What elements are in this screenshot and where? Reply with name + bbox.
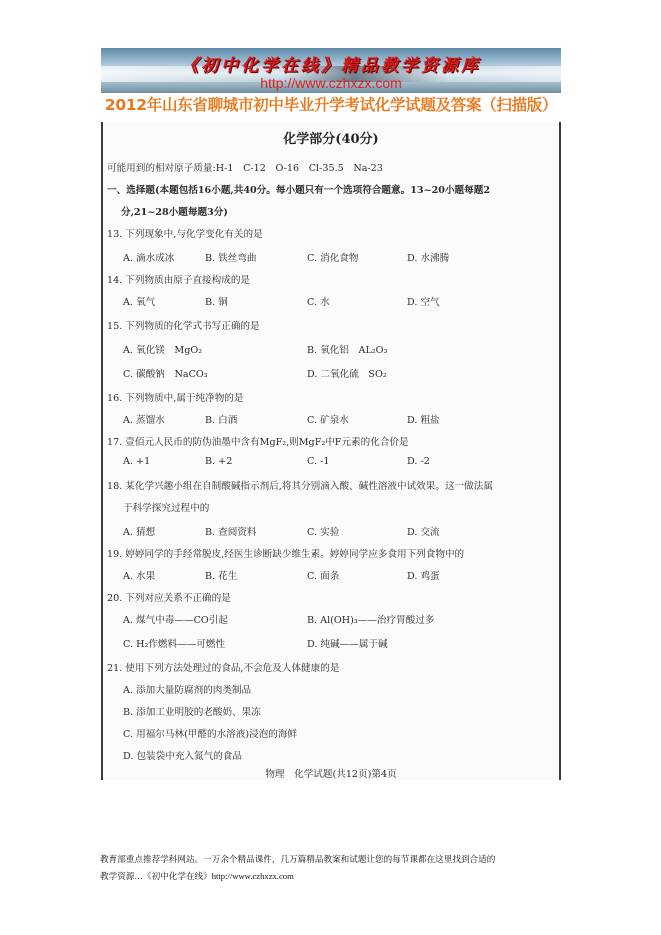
section-title: 化学部分(40分)	[103, 128, 559, 147]
q13-option-c: C. 消化食物	[307, 250, 358, 264]
question-18: 18. 某化学兴趣小组在自制酸碱指示剂后,将其分别滴入酸、碱性溶液中试效果。这一…	[107, 478, 493, 492]
q15-option-b: B. 氧化铝 AL₂O₃	[307, 342, 387, 356]
question-14: 14. 下列物质由原子直接构成的是	[107, 272, 250, 286]
q18-option-c: C. 实验	[307, 524, 339, 538]
q14-option-d: D. 空气	[407, 294, 440, 308]
bottom-note-line-1: 教育部重点推荐学科网站。一万余个精品课件，几万篇精品教案和试题让您的每节课都在这…	[100, 852, 570, 868]
q15-option-a: A. 氧化镁 MgO₂	[123, 342, 202, 356]
q15-option-d: D. 二氧化硫 SO₂	[307, 366, 387, 380]
q21-option-b: B. 添加工业明胶的老酸奶、果冻	[123, 704, 261, 718]
scanned-exam-page: 化学部分(40分) 可能用到的相对原子质量:H-1 C-12 O-16 Cl-3…	[101, 122, 561, 780]
question-15: 15. 下列物质的化学式书写正确的是	[107, 318, 260, 332]
q15-option-c: C. 碳酸钠 NaCO₃	[123, 366, 208, 380]
site-banner: 《初中化学在线》精品教学资源库 http://www.czhxzx.com	[101, 48, 561, 93]
q19-option-d: D. 鸡蛋	[407, 568, 440, 582]
q16-option-b: B. 白酒	[205, 412, 237, 426]
q14-option-a: A. 氧气	[123, 294, 155, 308]
q16-option-d: D. 粗盐	[407, 412, 440, 426]
q17-option-d: D. -2	[407, 456, 430, 467]
bottom-note: 教育部重点推荐学科网站。一万余个精品课件，几万篇精品教案和试题让您的每节课都在这…	[100, 852, 570, 885]
q20-option-c: C. H₂作燃料——可燃性	[123, 636, 225, 650]
q17-option-a: A. +1	[123, 456, 150, 467]
question-20: 20. 下列对应关系不正确的是	[107, 590, 231, 604]
q18-option-a: A. 猜想	[123, 524, 155, 538]
q21-option-a: A. 添加大量防腐剂的肉类制品	[123, 682, 251, 696]
banner-slogan: 《初中化学在线》精品教学资源库	[101, 51, 561, 76]
q17-option-c: C. -1	[307, 456, 329, 467]
atomic-masses: 可能用到的相对原子质量:H-1 C-12 O-16 Cl-35.5 Na-23	[107, 160, 383, 174]
q21-option-c: C. 用福尔马林(甲醛的水溶液)浸泡的海鲜	[123, 726, 297, 740]
q13-option-a: A. 滴水成冰	[123, 250, 174, 264]
q14-option-c: C. 水	[307, 294, 330, 308]
document-title: 2012年山东省聊城市初中毕业升学考试化学试题及答案（扫描版）	[101, 93, 561, 115]
q17-option-b: B. +2	[205, 456, 232, 467]
q18-option-b: B. 查阅资料	[205, 524, 257, 538]
question-21: 21. 使用下列方法处理过的食品,不会危及人体健康的是	[107, 660, 339, 674]
q20-option-d: D. 纯碱——属于碱	[307, 636, 388, 650]
q19-option-a: A. 水果	[123, 568, 155, 582]
question-16: 16. 下列物质中,属于纯净物的是	[107, 390, 243, 404]
q20-option-b: B. Al(OH)₃——治疗胃酸过多	[307, 612, 434, 626]
question-18-continued: 于科学探究过程中的	[123, 500, 209, 514]
q19-option-c: C. 面条	[307, 568, 339, 582]
bottom-note-line-2: 教学资源…《初中化学在线》http://www.czhxzx.com	[100, 868, 570, 885]
bottom-note-text: 教学资源…《初中化学在线》	[100, 872, 212, 882]
banner-url: http://www.czhxzx.com	[101, 75, 561, 91]
q20-option-a: A. 煤气中毒——CO引起	[123, 612, 228, 626]
question-17: 17. 壹佰元人民币的防伪油墨中含有MgF₂,则MgF₂中F元素的化合价是	[107, 434, 409, 448]
q14-option-b: B. 铜	[205, 294, 228, 308]
question-13: 13. 下列现象中,与化学变化有关的是	[107, 226, 263, 240]
q13-option-d: D. 水沸腾	[407, 250, 449, 264]
q16-option-a: A. 蒸馏水	[123, 412, 165, 426]
instructions-line-1: 一、选择题(本题包括16小题,共40分。每小题只有一个选项符合题意。13~20小…	[107, 182, 490, 196]
q16-option-c: C. 矿泉水	[307, 412, 349, 426]
q13-option-b: B. 铁丝弯曲	[205, 250, 257, 264]
instructions-line-2: 分,21~28小题每题3分)	[121, 204, 228, 218]
question-19: 19. 婷婷同学的手经常脱皮,经医生诊断缺少维生素。婷婷同学应多食用下列食物中的	[107, 546, 464, 560]
q19-option-b: B. 花生	[205, 568, 237, 582]
bottom-note-link[interactable]: http://www.czhxzx.com	[212, 871, 294, 881]
q18-option-d: D. 交流	[407, 524, 440, 538]
page-footer: 物理 化学试题(共12页)第4页	[103, 766, 559, 780]
q21-option-d: D. 包装袋中充入氮气的食品	[123, 748, 242, 762]
